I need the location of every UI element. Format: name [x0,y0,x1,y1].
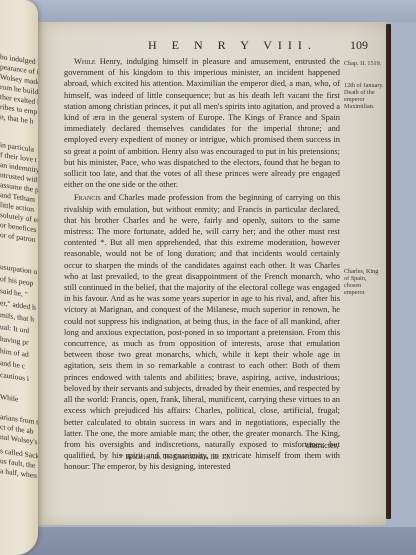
book-cover-edge [386,24,391,519]
table-surface [0,527,416,555]
page-number: 109 [350,38,368,53]
paragraph-lead: While [74,57,96,66]
paragraph-text: and Charles made profession from the beg… [64,193,340,471]
running-head-title: H E N R Y VIII. [148,38,317,53]
left-page-text-fragment: While [0,392,38,407]
paragraph-2: Francis and Charles made profession from… [64,192,340,472]
margin-note-death-maximilian: 12th of January. Death of the emperor Ma… [344,82,384,110]
paragraph-1: While Henry, indulging himself in pleasu… [64,56,340,190]
left-page-text-fragment: cautious i [0,370,38,385]
paragraph-lead: Francis [74,193,101,202]
body-text: While Henry, indulging himself in pleasu… [64,56,340,473]
paragraph-text: Henry, indulging himself in pleasure and… [64,57,340,189]
margin-note-chapter: Chap. II. 1519. [344,60,384,67]
left-page-curl: ho indulged himpearance of innWolsey mad… [0,0,38,555]
running-head: H E N R Y VIII. 109 [60,38,370,54]
margin-note-charles-chosen: Charles, King of Spain, chosen emperor. [344,268,384,296]
background-surface [0,0,416,22]
catchword: character, [306,441,338,450]
footnote: * Belcario, lib. 16. Guicciardin, lib. 1… [120,453,230,461]
